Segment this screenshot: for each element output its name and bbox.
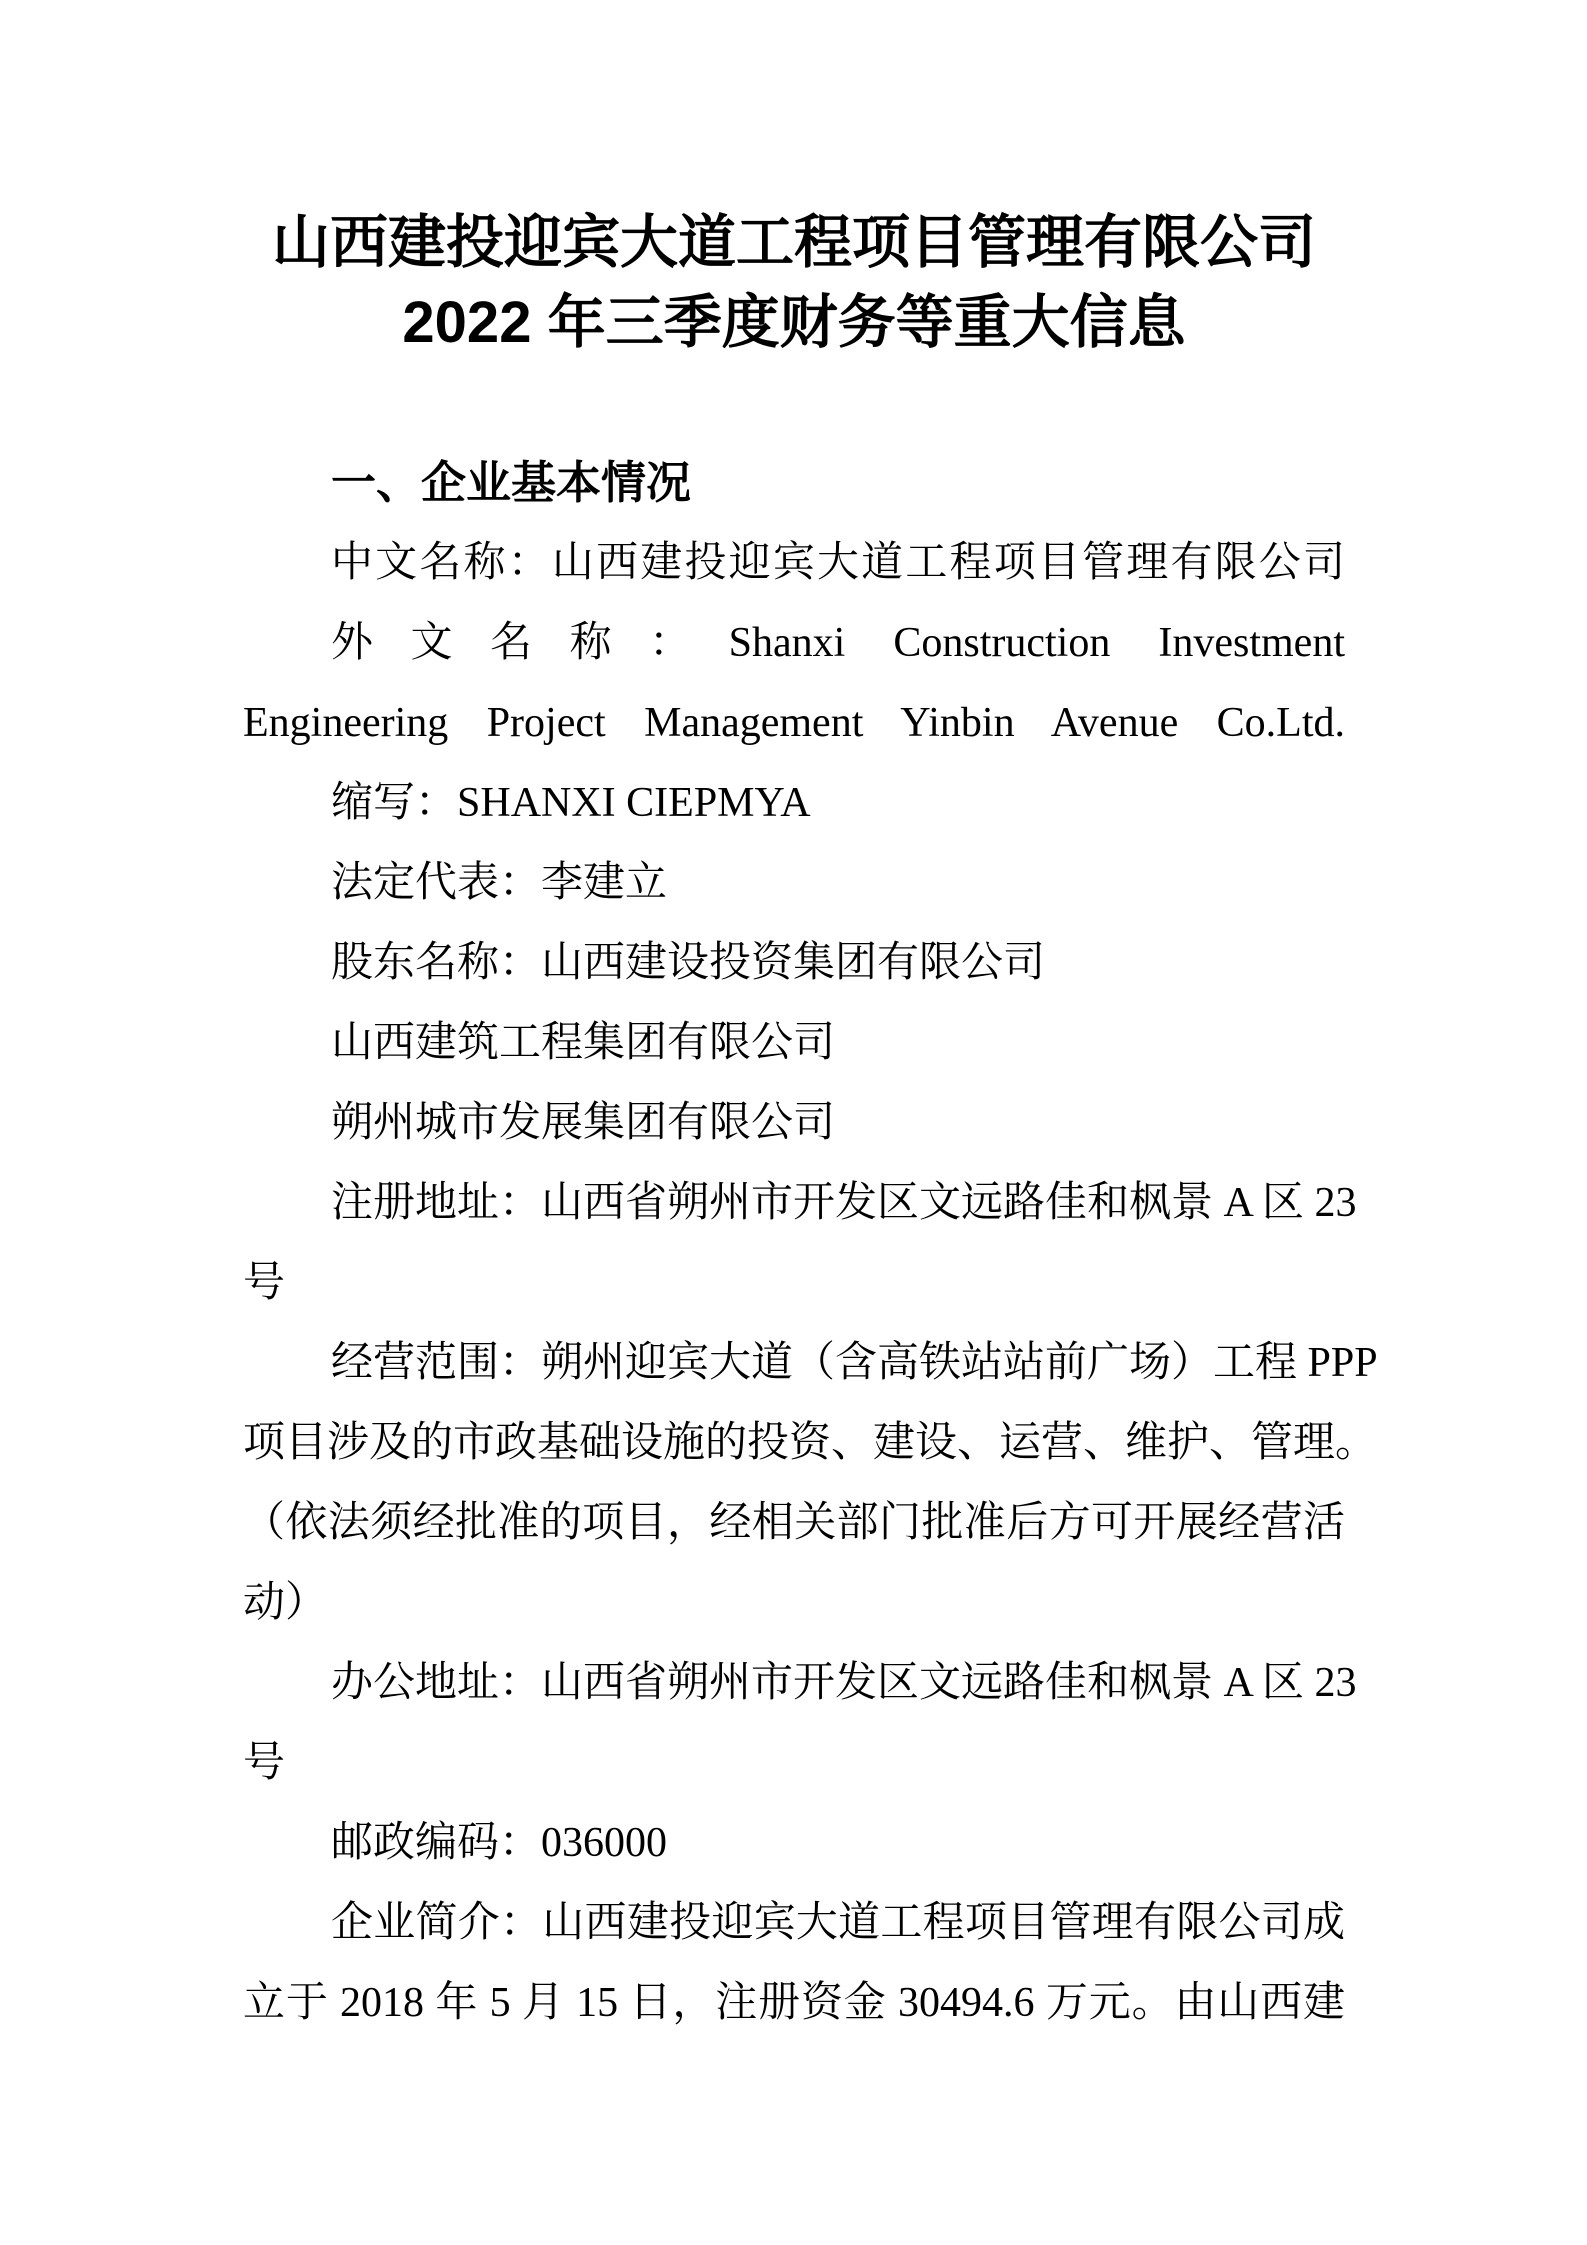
body-line-foreign-name-2: Engineering Project Management Yinbin Av… (243, 683, 1345, 763)
body-line-chinese-name: 中文名称：山西建投迎宾大道工程项目管理有限公司 (243, 523, 1345, 603)
body-line-shareholder-2: 山西建筑工程集团有限公司 (243, 1003, 1345, 1083)
body-line-shareholder-1: 股东名称：山西建设投资集团有限公司 (243, 923, 1345, 1003)
body-line-reg-address-2: 号 (243, 1243, 1345, 1323)
body-line-profile-1: 企业简介：山西建投迎宾大道工程项目管理有限公司成 (243, 1883, 1345, 1963)
body-line-office-address-2: 号 (243, 1723, 1345, 1803)
body-line-foreign-name: 外文名称：Shanxi Construction Investment (243, 603, 1345, 683)
body-line-scope-4: 动） (243, 1563, 1345, 1643)
body-line-postal-code: 邮政编码：036000 (243, 1803, 1345, 1883)
document-title-line-2: 2022 年三季度财务等重大信息 (243, 283, 1345, 363)
body-line-reg-address: 注册地址：山西省朔州市开发区文远路佳和枫景 A 区 23 (243, 1163, 1345, 1243)
section-heading: 一、企业基本情况 (243, 443, 1345, 523)
body-line-scope-1: 经营范围：朔州迎宾大道（含高铁站站前广场）工程 PPP (243, 1323, 1345, 1403)
body-line-scope-3: （依法须经批准的项目，经相关部门批准后方可开展经营活 (243, 1483, 1345, 1563)
document-content: 山西建投迎宾大道工程项目管理有限公司 2022 年三季度财务等重大信息 一、企业… (243, 203, 1345, 2043)
body-line-office-address: 办公地址：山西省朔州市开发区文远路佳和枫景 A 区 23 (243, 1643, 1345, 1723)
body-line-legal-rep: 法定代表：李建立 (243, 843, 1345, 923)
body-line-shareholder-3: 朔州城市发展集团有限公司 (243, 1083, 1345, 1163)
document-page: 山西建投迎宾大道工程项目管理有限公司 2022 年三季度财务等重大信息 一、企业… (0, 0, 1587, 2245)
body-line-scope-2: 项目涉及的市政基础设施的投资、建设、运营、维护、管理。 (243, 1403, 1345, 1483)
title-spacer (243, 363, 1345, 443)
document-title-line-1: 山西建投迎宾大道工程项目管理有限公司 (243, 203, 1345, 283)
body-line-profile-2: 立于 2018 年 5 月 15 日，注册资金 30494.6 万元。由山西建 (243, 1963, 1345, 2043)
body-line-abbreviation: 缩写：SHANXI CIEPMYA (243, 763, 1345, 843)
